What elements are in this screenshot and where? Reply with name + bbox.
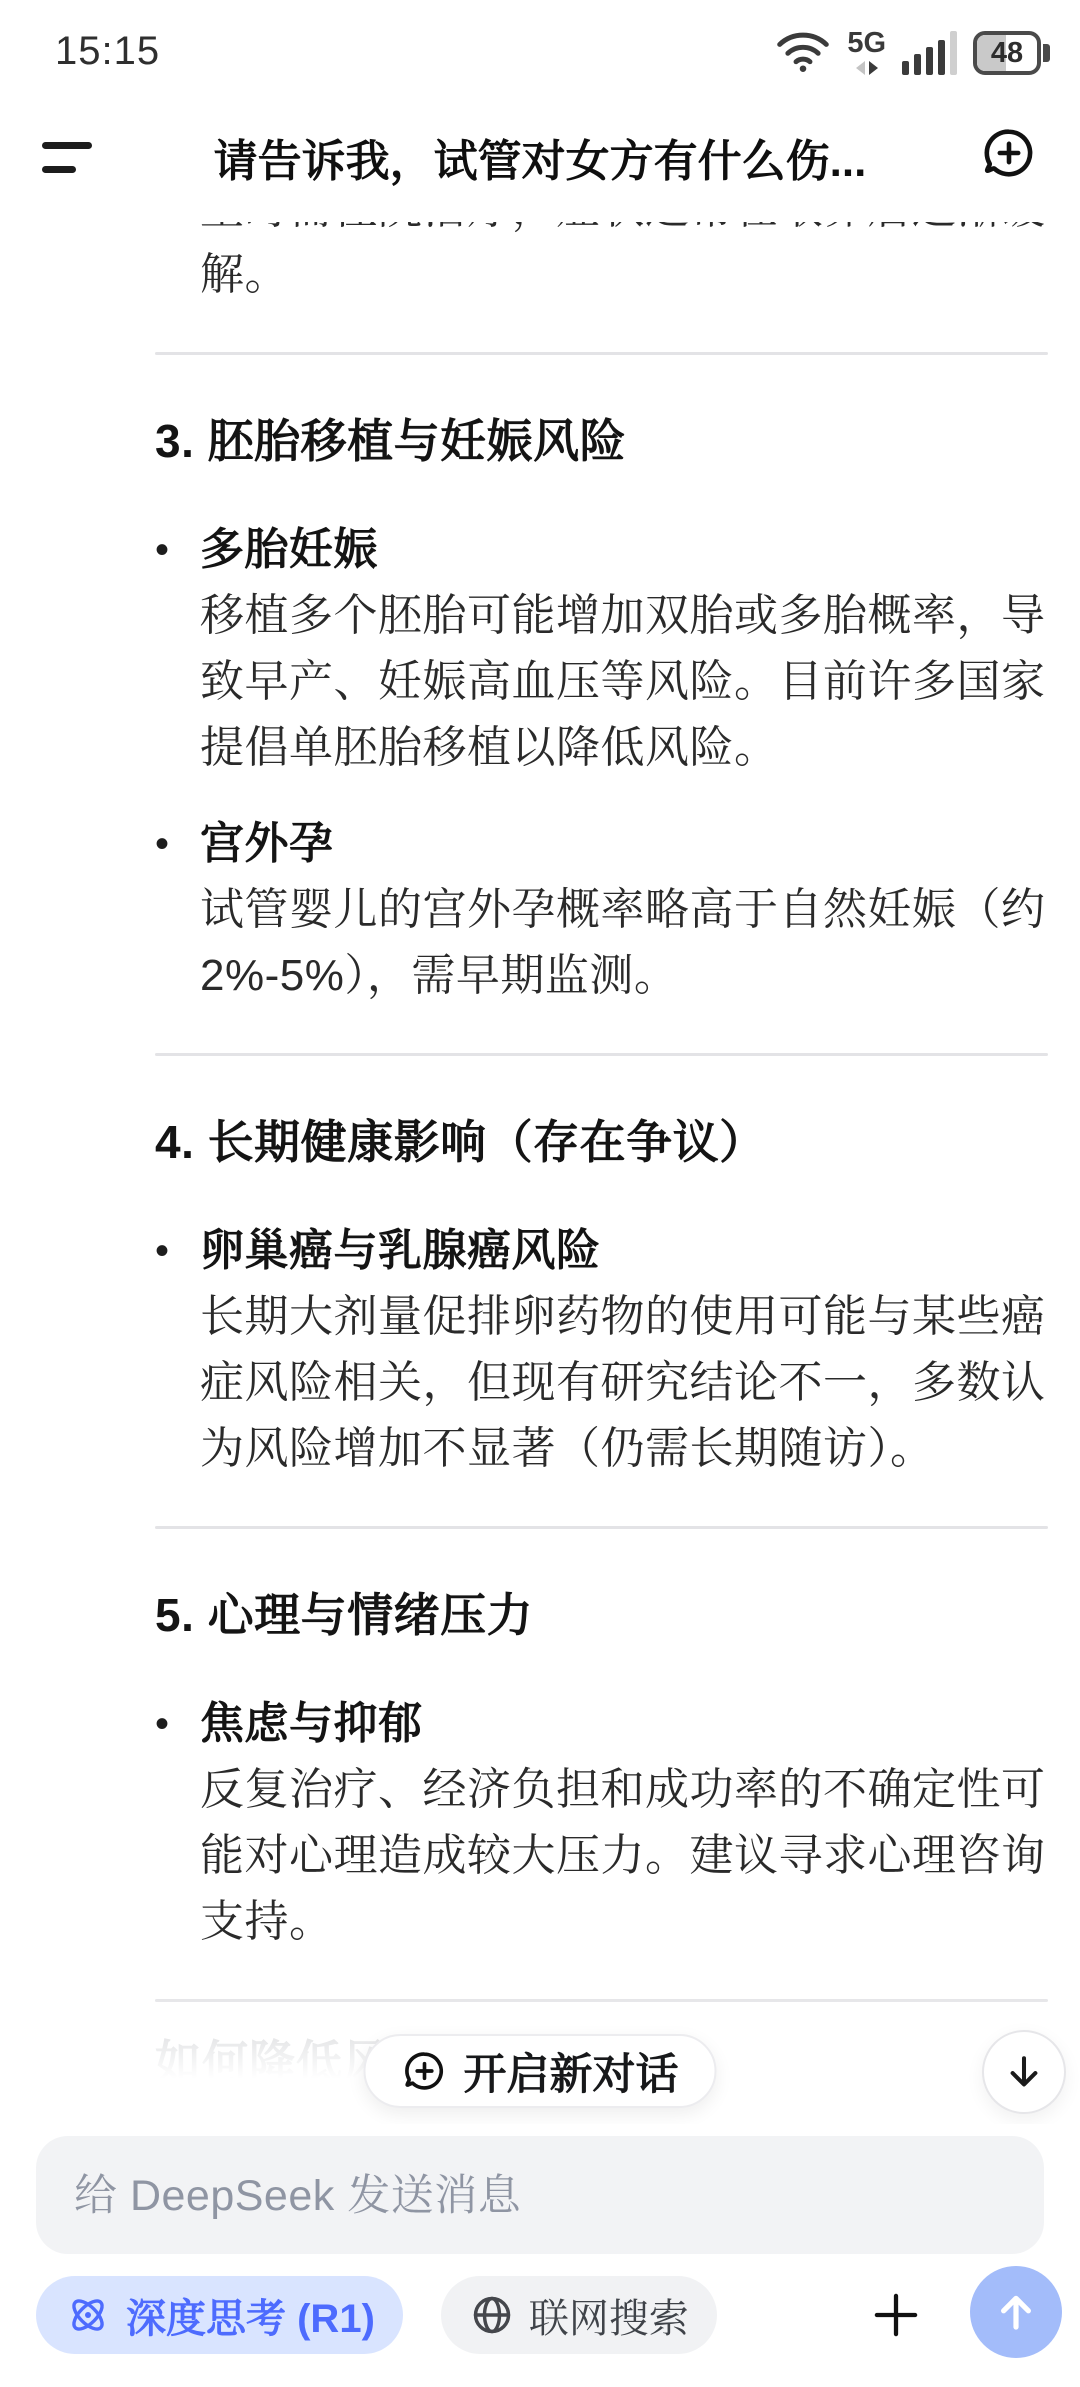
input-placeholder: 给 DeepSeek 发送消息: [74, 2172, 521, 2220]
bullet-body: 反复治疗、经济负担和成功率的不确定性可能对心理造成较大压力。建议寻求心理咨询支持…: [200, 1757, 1048, 1955]
battery-icon: 48: [973, 31, 1050, 75]
clipped-line: 重时需住院治疗，症状通常在取卵后逐渐缓: [155, 222, 1048, 242]
arrow-up-icon: [992, 2288, 1040, 2336]
bullet-body: 长期大剂量促排卵药物的使用可能与某些癌症风险相关，但现有研究结论不一，多数认为风…: [200, 1284, 1048, 1482]
data-arrows-icon: [856, 61, 878, 75]
status-icons: 5G 48: [775, 27, 1050, 75]
status-bar: 15:15 5G: [0, 0, 1080, 92]
globe-icon: [469, 2292, 515, 2338]
bullet-title: 焦虑与抑郁: [200, 1691, 1048, 1757]
battery-percent: 48: [991, 37, 1023, 70]
list-item: 焦虑与抑郁 反复治疗、经济负担和成功率的不确定性可能对心理造成较大压力。建议寻求…: [155, 1691, 1048, 1955]
section-heading: 4. 长期健康影响（存在争议）: [155, 1112, 1048, 1172]
section-divider: [155, 352, 1048, 355]
new-chat-icon[interactable]: [980, 124, 1038, 182]
network-type-indicator: 5G: [847, 29, 886, 75]
composer-toolbar: 深度思考 (R1) 联网搜索: [36, 2272, 1044, 2358]
signal-bars-icon: [902, 29, 957, 75]
bullet-body: 移植多个胚胎可能增加双胎或多胎概率，导致早产、妊娠高血压等风险。目前许多国家提倡…: [200, 583, 1048, 781]
clock: 15:15: [55, 29, 160, 74]
scroll-to-bottom-button[interactable]: [982, 2030, 1066, 2114]
new-dialog-button[interactable]: 开启新对话: [364, 2034, 717, 2108]
send-button[interactable]: [970, 2266, 1062, 2358]
network-type-label: 5G: [847, 29, 886, 58]
section-divider: [155, 1053, 1048, 1056]
paragraph-tail: 解。: [155, 242, 1048, 308]
wifi-icon: [775, 27, 831, 75]
bullet-icon: [155, 1218, 200, 1482]
bullet-body: 试管婴儿的宫外孕概率略高于自然妊娠（约2%-5%），需早期监测。: [200, 877, 1048, 1009]
bullet-title: 宫外孕: [200, 811, 1048, 877]
list-item: 宫外孕 试管婴儿的宫外孕概率略高于自然妊娠（约2%-5%），需早期监测。: [155, 811, 1048, 1009]
section-heading: 5. 心理与情绪压力: [155, 1585, 1048, 1645]
chat-plus-icon: [402, 2048, 448, 2094]
clipped-paragraph: 重时需住院治疗，症状通常在取卵后逐渐缓: [155, 222, 1048, 242]
deep-think-label: 深度思考 (R1): [126, 2287, 375, 2344]
section-heading: 3. 胚胎移植与妊娠风险: [155, 411, 1048, 471]
floating-actions: 开启新对话: [0, 2030, 1080, 2122]
bullet-icon: [155, 811, 200, 1009]
web-search-label: 联网搜索: [529, 2287, 689, 2344]
plus-icon: [869, 2288, 923, 2342]
assistant-message: 重时需住院治疗，症状通常在取卵后逐渐缓 解。 3. 胚胎移植与妊娠风险 多胎妊娠…: [0, 222, 1080, 2132]
bullet-icon: [155, 1691, 200, 1955]
atom-icon: [64, 2291, 112, 2339]
menu-icon[interactable]: [42, 128, 102, 188]
bullet-title: 多胎妊娠: [200, 517, 1048, 583]
arrow-down-icon: [1002, 2050, 1046, 2094]
chat-title: 请告诉我，试管对女方有什么伤...: [140, 125, 940, 189]
deepseek-app-screen: 15:15 5G: [0, 0, 1080, 2387]
new-dialog-label: 开启新对话: [464, 2041, 679, 2102]
attach-plus-button[interactable]: [866, 2285, 926, 2345]
section-divider: [155, 1526, 1048, 1529]
list-item: 卵巢癌与乳腺癌风险 长期大剂量促排卵药物的使用可能与某些癌症风险相关，但现有研究…: [155, 1218, 1048, 1482]
web-search-toggle[interactable]: 联网搜索: [441, 2276, 717, 2354]
bullet-title: 卵巢癌与乳腺癌风险: [200, 1218, 1048, 1284]
list-item: 多胎妊娠 移植多个胚胎可能增加双胎或多胎概率，导致早产、妊娠高血压等风险。目前许…: [155, 517, 1048, 781]
message-input[interactable]: 给 DeepSeek 发送消息: [36, 2136, 1044, 2254]
chat-header: 请告诉我，试管对女方有什么伤...: [0, 92, 1080, 222]
composer: 给 DeepSeek 发送消息 深度思考 (R1): [0, 2124, 1080, 2387]
deep-think-toggle[interactable]: 深度思考 (R1): [36, 2276, 403, 2354]
bullet-icon: [155, 517, 200, 781]
